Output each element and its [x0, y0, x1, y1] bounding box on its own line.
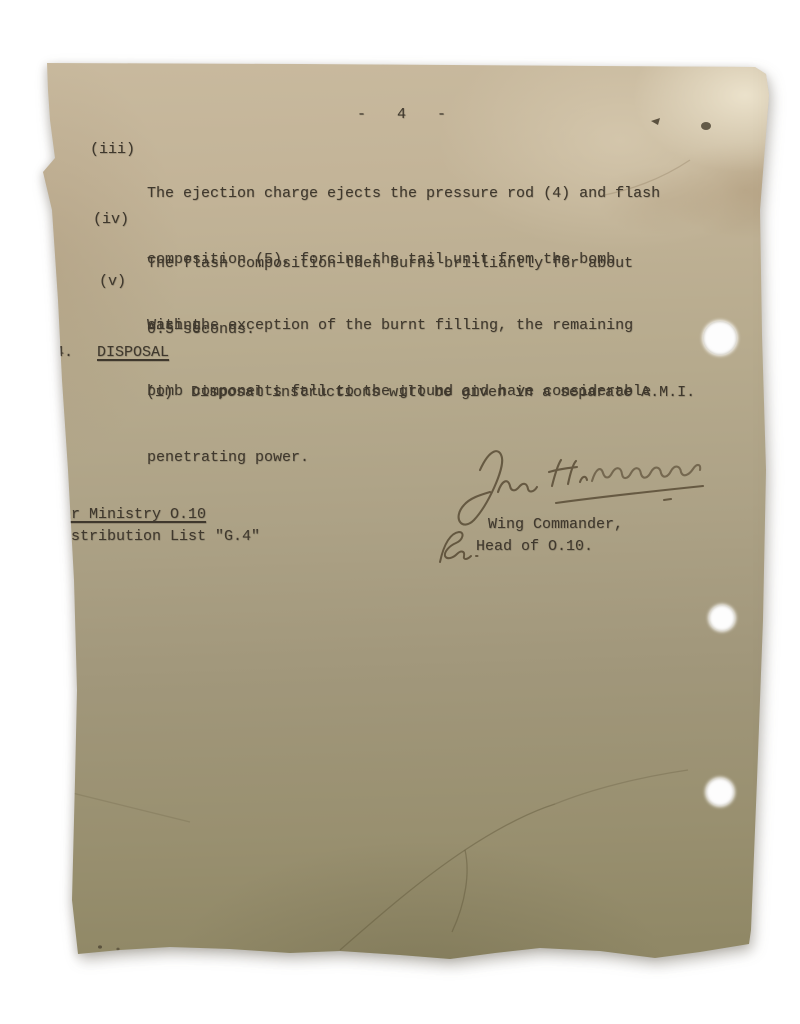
- signature-role-line2: Head of O.10.: [476, 536, 593, 558]
- footer-distribution-list: Distribution List "G.4": [53, 526, 260, 548]
- handwritten-for: for.: [440, 532, 478, 562]
- paper-shadow: - 4 - (iii) The ejection charge ejects t…: [0, 0, 800, 1024]
- paragraph-line: With the exception of the burnt filling,…: [147, 315, 651, 337]
- paragraph-v-label: (v): [99, 271, 126, 293]
- footer-air-ministry: Air Ministry O.10: [53, 504, 206, 526]
- signature-role-line1: Wing Commander,: [488, 514, 623, 536]
- punch-hole-bottom: [706, 778, 734, 806]
- photo-background: - 4 - (iii) The ejection charge ejects t…: [0, 0, 800, 1024]
- punch-hole-top: [703, 321, 737, 355]
- page-number: - 4 -: [357, 104, 446, 126]
- document-paper: - 4 - (iii) The ejection charge ejects t…: [0, 0, 800, 1024]
- disposal-item-text: Disposal instructions will be given in a…: [191, 382, 695, 404]
- disposal-item-label: (i): [146, 382, 173, 404]
- punch-hole-middle: [709, 605, 735, 631]
- section-heading: DISPOSAL: [97, 342, 169, 364]
- paragraph-iv-label: (iv): [93, 209, 129, 231]
- paragraph-iii-label: (iii): [90, 139, 135, 161]
- paragraph-line: The ejection charge ejects the pressure …: [147, 183, 660, 205]
- section-number: 4.: [55, 342, 73, 364]
- paragraph-line: penetrating power.: [147, 447, 651, 469]
